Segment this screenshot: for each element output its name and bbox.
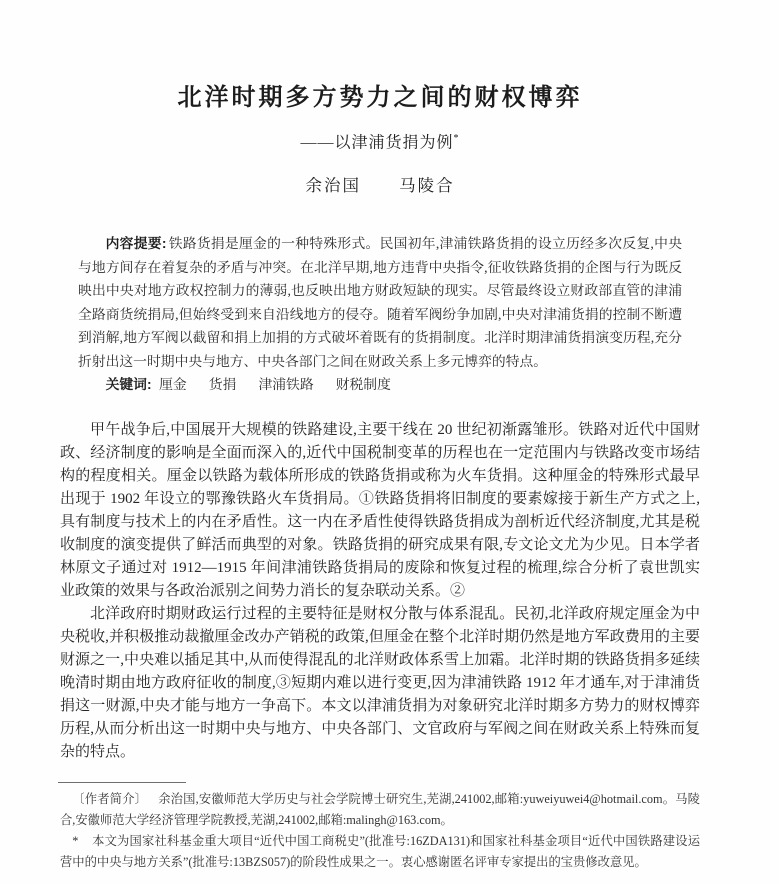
article-body: 甲午战争后,中国展开大规模的铁路建设,主要干线在 20 世纪初渐露雏形。铁路对近…: [60, 419, 700, 764]
footnote-bio-text: 余治国,安徽师范大学历史与社会学院博士研究生,芜湖,241002,邮箱:yuwe…: [60, 792, 700, 827]
keyword-item-2: 货捐: [209, 377, 237, 392]
keywords-line: 关键词:厘金货捐津浦铁路财税制度: [78, 373, 682, 397]
body-paragraph-1: 甲午战争后,中国展开大规模的铁路建设,主要干线在 20 世纪初渐露雏形。铁路对近…: [60, 419, 700, 603]
keyword-item-4: 财税制度: [336, 377, 391, 392]
subtitle-text: ——以津浦货捐为例: [300, 134, 453, 151]
author-name-1: 余治国: [305, 176, 361, 195]
footnote-funding-marker: *: [72, 834, 78, 848]
author-line: 余治国 马陵合: [60, 174, 700, 198]
footnote-section: 〔作者简介〕余治国,安徽师范大学历史与社会学院博士研究生,芜湖,241002,邮…: [60, 782, 700, 873]
keyword-item-3: 津浦铁路: [258, 377, 313, 392]
paper-page: 北洋时期多方势力之间的财权博弈 ——以津浦货捐为例* 余治国 马陵合 内容提要:…: [0, 0, 779, 884]
keyword-item-1: 厘金: [159, 377, 187, 392]
body-paragraph-2: 北洋政府时期财政运行过程的主要特征是财权分散与体系混乱。民初,北洋政府规定厘金为…: [60, 603, 700, 764]
paper-title: 北洋时期多方势力之间的财权博弈: [60, 82, 700, 114]
footnote-funding-text: 本文为国家社科基金重大项目“近代中国工商税史”(批准号:16ZDA131)和国家…: [60, 834, 700, 869]
footnote-author-bio: 〔作者简介〕余治国,安徽师范大学历史与社会学院博士研究生,芜湖,241002,邮…: [60, 789, 700, 831]
footnote-bio-label: 〔作者简介〕: [72, 792, 147, 806]
keywords-label: 关键词:: [106, 377, 152, 392]
author-name-2: 马陵合: [399, 176, 455, 195]
footnote-funding: *本文为国家社科基金重大项目“近代中国工商税史”(批准号:16ZDA131)和国…: [60, 831, 700, 873]
abstract-text: 铁路货捐是厘金的一种特殊形式。民国初年,津浦铁路货捐的设立历经多次反复,中央与地…: [78, 236, 682, 369]
footnote-divider: [58, 782, 186, 783]
paper-subtitle: ——以津浦货捐为例*: [60, 128, 700, 154]
title-footnote-marker: *: [454, 133, 460, 144]
abstract-block: 内容提要:铁路货捐是厘金的一种特殊形式。民国初年,津浦铁路货捐的设立历经多次反复…: [78, 232, 682, 373]
abstract-label: 内容提要:: [106, 236, 167, 251]
